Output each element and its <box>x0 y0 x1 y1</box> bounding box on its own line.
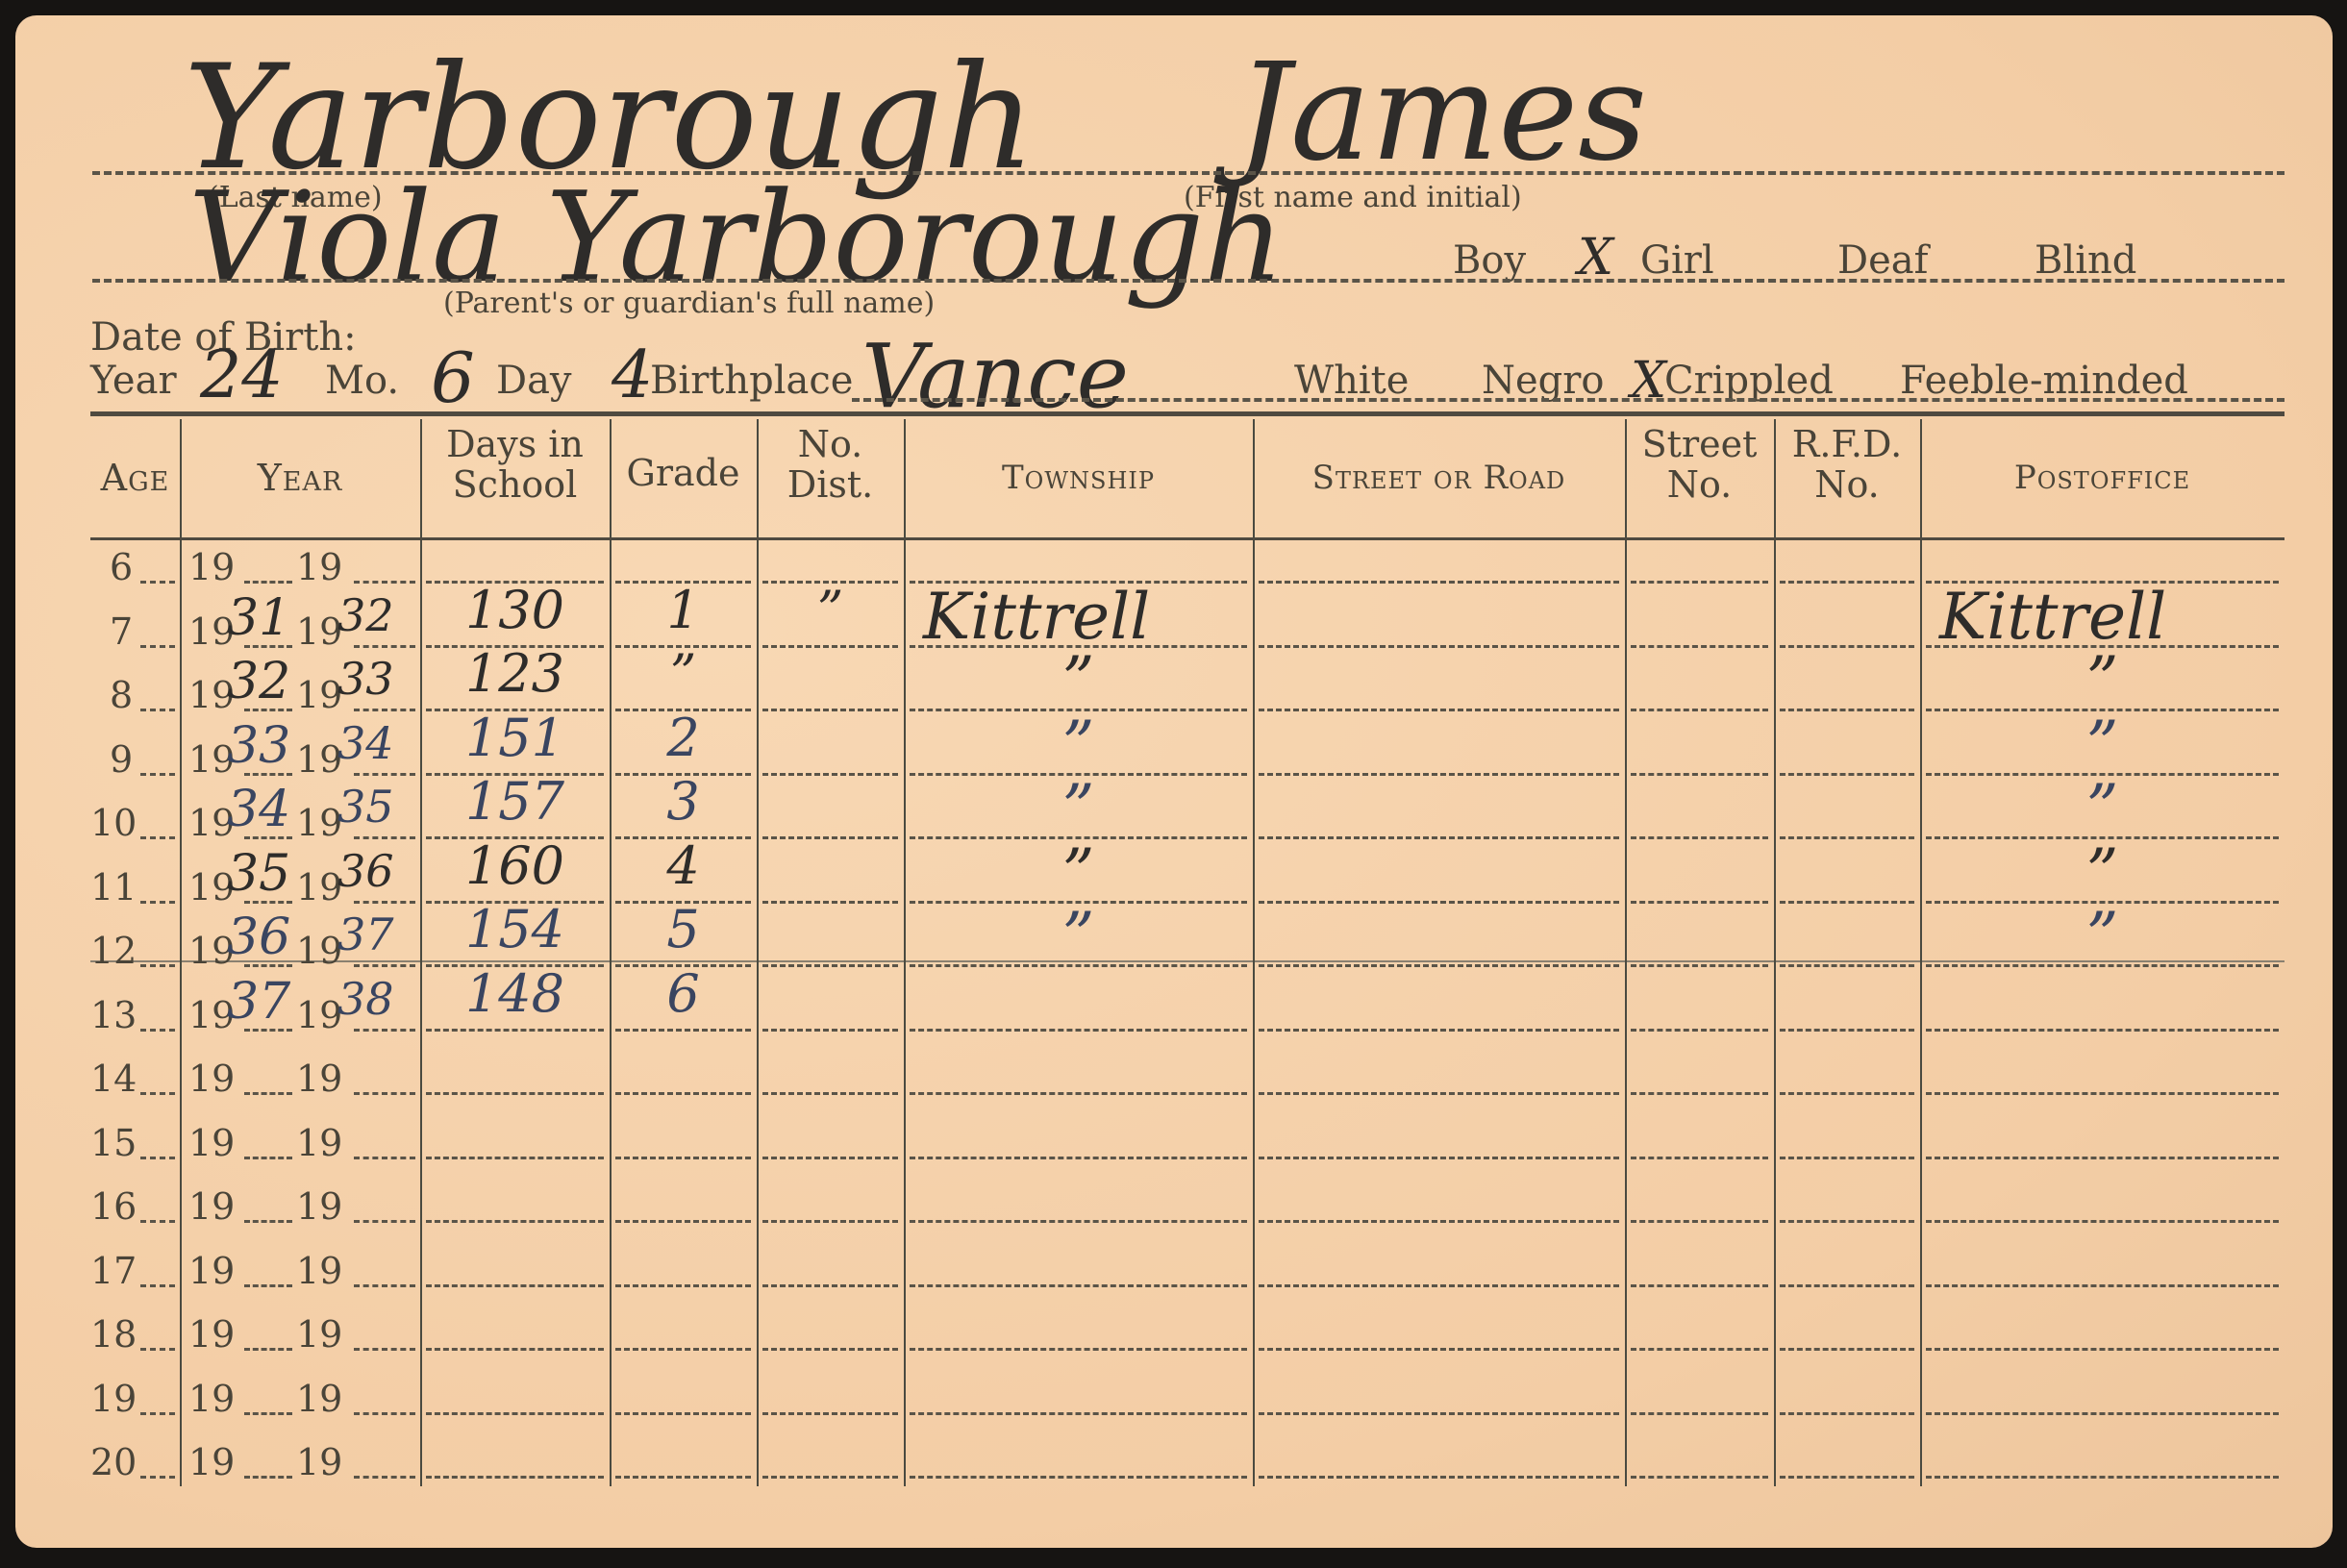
township-cell: Kittrell <box>904 580 1253 654</box>
age-cell: 14 <box>90 1058 137 1100</box>
blind-label: Blind <box>2035 238 2136 283</box>
row-dots <box>140 1348 175 1351</box>
year-end-prefix: 19 <box>296 738 342 781</box>
row-dots <box>762 773 898 776</box>
age-cell: 11 <box>90 866 137 908</box>
header-bottom-rule <box>90 537 2285 540</box>
row-dots <box>244 1476 292 1479</box>
grade-cell: 2 <box>610 708 757 768</box>
year-end-prefix: 19 <box>296 802 342 844</box>
row-dots <box>1631 773 1768 776</box>
year-end-prefix: 19 <box>296 674 342 716</box>
row-dots <box>1926 1157 2279 1159</box>
col-sep <box>1625 419 1627 1486</box>
row-dots <box>615 1029 751 1032</box>
boy-label: Boy <box>1453 238 1526 283</box>
grade-cell: 5 <box>610 899 757 959</box>
header-township: Township <box>904 458 1253 498</box>
row-dots <box>1631 1220 1768 1223</box>
row-dots <box>1780 581 1914 584</box>
row-dots <box>1259 964 1619 967</box>
row-dots <box>140 773 175 776</box>
row-dots <box>426 1348 604 1351</box>
row-dots <box>426 1029 604 1032</box>
row-dots <box>244 581 292 584</box>
row-dots <box>762 964 898 967</box>
row-dots <box>1780 1348 1914 1351</box>
row-dots <box>1259 1284 1619 1287</box>
dob-day-value: 4 <box>612 337 653 413</box>
row-dots <box>1259 773 1619 776</box>
year-start-handwritten: 31 <box>227 589 290 647</box>
header-dist-line2: Dist. <box>757 464 904 505</box>
row-dots <box>1631 1284 1768 1287</box>
year-end-handwritten: 33 <box>337 653 394 705</box>
row-dots <box>1780 964 1914 967</box>
row-dots <box>244 1284 292 1287</box>
row-dots <box>140 1029 175 1032</box>
year-end-handwritten: 38 <box>337 973 394 1025</box>
year-end-prefix: 19 <box>296 1058 342 1100</box>
row-dots <box>354 1092 415 1095</box>
row-dots <box>244 645 292 648</box>
row-dots <box>615 1348 751 1351</box>
age-cell: 10 <box>90 802 137 844</box>
row-dots <box>140 1220 175 1223</box>
year-end-prefix: 19 <box>296 1441 342 1483</box>
row-dots <box>1780 836 1914 839</box>
row-dots <box>1780 1092 1914 1095</box>
days-cell: 154 <box>420 899 610 959</box>
days-cell: 123 <box>420 643 610 704</box>
row-dots <box>762 1029 898 1032</box>
age-cell: 13 <box>90 994 137 1036</box>
dob-year-label: Year <box>90 359 177 403</box>
row-dots <box>1631 581 1768 584</box>
age-cell: 9 <box>110 738 133 781</box>
year-end-prefix: 19 <box>296 610 342 653</box>
row-dots <box>140 1476 175 1479</box>
row-dots <box>140 645 175 648</box>
days-cell: 157 <box>420 771 610 832</box>
white-label: White <box>1294 359 1409 403</box>
year-start-handwritten: 36 <box>227 908 290 966</box>
postoffice-cell: ” <box>1920 643 2285 717</box>
row-dots <box>615 1284 751 1287</box>
row-dots <box>354 1476 415 1479</box>
year-start-prefix: 19 <box>188 546 235 588</box>
row-dots <box>762 1476 898 1479</box>
row-dots <box>615 1412 751 1415</box>
year-end-handwritten: 35 <box>337 781 394 833</box>
year-start-prefix: 19 <box>188 1122 235 1164</box>
row-dots <box>140 581 175 584</box>
row-dots <box>426 1220 604 1223</box>
days-cell: 160 <box>420 835 610 896</box>
year-start-handwritten: 34 <box>227 781 290 838</box>
days-cell: 151 <box>420 708 610 768</box>
age-cell: 8 <box>110 674 133 716</box>
header-street-no-line1: Street <box>1625 424 1774 464</box>
row-dots <box>615 1476 751 1479</box>
row-dots <box>140 1092 175 1095</box>
header-age: Age <box>90 458 180 498</box>
age-cell: 12 <box>90 930 137 972</box>
year-start-prefix: 19 <box>188 1250 235 1292</box>
row-dots <box>140 836 175 839</box>
dob-dotted-line <box>852 398 2285 402</box>
row-dots <box>1926 1476 2279 1479</box>
school-census-card: Yarborough James (Last name) (First name… <box>15 15 2333 1548</box>
year-start-prefix: 19 <box>188 1378 235 1420</box>
row-dots <box>1259 836 1619 839</box>
row-dots <box>1926 1348 2279 1351</box>
row-dots <box>244 1412 292 1415</box>
age-cell: 6 <box>110 546 133 588</box>
boy-checkmark: X <box>1578 229 1613 286</box>
row-dots <box>244 1029 292 1032</box>
row-dots <box>244 709 292 711</box>
year-end-prefix: 19 <box>296 1185 342 1228</box>
year-start-prefix: 19 <box>188 1441 235 1483</box>
header-rfd-line2: No. <box>1774 464 1920 505</box>
row-dots <box>244 1348 292 1351</box>
year-start-prefix: 19 <box>188 1313 235 1356</box>
year-end-prefix: 19 <box>296 866 342 908</box>
parent-label: (Parent's or guardian's full name) <box>443 286 935 320</box>
header-street-road: Street or Road <box>1253 458 1625 498</box>
row-dots <box>354 581 415 584</box>
age-cell: 17 <box>90 1250 137 1292</box>
row-dots <box>1631 1476 1768 1479</box>
year-end-prefix: 19 <box>296 546 342 588</box>
year-end-prefix: 19 <box>296 1378 342 1420</box>
row-dots <box>1926 1284 2279 1287</box>
row-dots <box>1259 645 1619 648</box>
dob-year-value: 24 <box>200 337 284 413</box>
row-dots <box>1259 709 1619 711</box>
row-dots <box>1631 1348 1768 1351</box>
row-dots <box>140 709 175 711</box>
row-dots <box>1259 1092 1619 1095</box>
row-dots <box>910 1348 1247 1351</box>
row-dots <box>1780 1157 1914 1159</box>
year-end-handwritten: 37 <box>337 908 394 960</box>
row-dots <box>1631 1029 1768 1032</box>
row-dots <box>762 1157 898 1159</box>
township-cell: ” <box>904 708 1253 782</box>
township-cell: ” <box>904 771 1253 845</box>
age-cell: 16 <box>90 1185 137 1228</box>
row-dots <box>1780 773 1914 776</box>
age-cell: 15 <box>90 1122 137 1164</box>
postoffice-cell: Kittrell <box>1920 580 2285 654</box>
col-sep <box>1253 419 1255 1486</box>
year-start-handwritten: 37 <box>227 973 290 1031</box>
row-dots <box>244 773 292 776</box>
row-dots <box>354 645 415 648</box>
grade-cell: 6 <box>610 963 757 1024</box>
dob-month-label: Mo. <box>325 359 399 403</box>
row-dots <box>426 1092 604 1095</box>
col-sep <box>180 419 182 1486</box>
year-end-handwritten: 36 <box>337 845 394 897</box>
row-dots <box>1259 1412 1619 1415</box>
row-dots <box>1259 581 1619 584</box>
year-end-prefix: 19 <box>296 1250 342 1292</box>
row-dots <box>140 1284 175 1287</box>
year-start-handwritten: 35 <box>227 845 290 903</box>
row-dots <box>910 1092 1247 1095</box>
row-dots <box>244 1092 292 1095</box>
row-dots <box>615 1220 751 1223</box>
girl-label: Girl <box>1640 238 1714 283</box>
col-sep <box>1774 419 1776 1486</box>
row-dots <box>1780 645 1914 648</box>
row-dots <box>244 901 292 904</box>
year-start-handwritten: 32 <box>227 653 290 710</box>
row-dots <box>354 901 415 904</box>
year-start-prefix: 19 <box>188 1185 235 1228</box>
row-dots <box>140 901 175 904</box>
grade-cell: 4 <box>610 835 757 896</box>
row-dots <box>244 1157 292 1159</box>
row-dots <box>1631 836 1768 839</box>
crippled-label: Crippled <box>1664 359 1834 403</box>
postoffice-cell: ” <box>1920 708 2285 782</box>
row-dots <box>354 964 415 967</box>
year-start-handwritten: 33 <box>227 717 290 775</box>
age-cell: 20 <box>90 1441 137 1483</box>
header-grade: Grade <box>610 453 757 493</box>
township-cell: ” <box>904 835 1253 909</box>
header-postoffice: Postoffice <box>1920 458 2285 498</box>
row-dots <box>1780 1412 1914 1415</box>
township-cell: ” <box>904 899 1253 973</box>
row-dots <box>1631 1412 1768 1415</box>
row-dots <box>1631 1157 1768 1159</box>
row-dots <box>762 1092 898 1095</box>
row-dots <box>354 709 415 711</box>
row-dots <box>762 1348 898 1351</box>
row-dots <box>1780 1284 1914 1287</box>
age-cell: 19 <box>90 1378 137 1420</box>
row-dots <box>1780 1029 1914 1032</box>
row-dots <box>910 1412 1247 1415</box>
row-dots <box>426 1412 604 1415</box>
row-dots <box>140 964 175 967</box>
parent-dotted-line <box>92 279 2285 283</box>
row-dots <box>1926 1220 2279 1223</box>
age-cell: 7 <box>110 610 133 653</box>
row-dots <box>1780 709 1914 711</box>
row-dots <box>762 836 898 839</box>
row-dots <box>762 709 898 711</box>
row-dots <box>354 836 415 839</box>
postoffice-cell: ” <box>1920 899 2285 973</box>
row-dots <box>1259 901 1619 904</box>
row-dots <box>140 1157 175 1159</box>
row-dots <box>762 1284 898 1287</box>
row-dots <box>1780 1220 1914 1223</box>
header-rfd-line1: R.F.D. <box>1774 424 1920 464</box>
row-dots <box>244 1220 292 1223</box>
row-dots <box>354 1284 415 1287</box>
row-dots <box>762 901 898 904</box>
birthplace-label: Birthplace <box>650 359 853 403</box>
row-dots <box>244 836 292 839</box>
dist-cell: ” <box>757 580 904 640</box>
year-end-handwritten: 34 <box>337 717 394 769</box>
grade-cell: 1 <box>610 580 757 640</box>
row-dots <box>910 1029 1247 1032</box>
year-end-prefix: 19 <box>296 1122 342 1164</box>
table-top-rule <box>90 411 2285 416</box>
row-dots <box>354 773 415 776</box>
row-dots <box>354 1029 415 1032</box>
row-dots <box>910 1284 1247 1287</box>
row-dots <box>615 1092 751 1095</box>
row-dots <box>244 964 292 967</box>
row-dots <box>1259 1029 1619 1032</box>
dob-month-value: 6 <box>431 337 475 418</box>
row-dots <box>1631 964 1768 967</box>
year-end-handwritten: 32 <box>337 589 394 641</box>
row-dots <box>762 1412 898 1415</box>
row-dots <box>426 1157 604 1159</box>
header-year: Year <box>180 458 420 498</box>
grade-cell: ” <box>610 643 757 704</box>
row-dots <box>910 1220 1247 1223</box>
row-dots <box>1926 1412 2279 1415</box>
negro-label: Negro <box>1482 359 1604 403</box>
postoffice-cell: ” <box>1920 835 2285 909</box>
year-start-prefix: 19 <box>188 1058 235 1100</box>
row-dots <box>1259 1476 1619 1479</box>
row-dots <box>762 1220 898 1223</box>
days-cell: 130 <box>420 580 610 640</box>
row-dots <box>1259 1348 1619 1351</box>
postoffice-cell: ” <box>1920 771 2285 845</box>
header-street-no-line2: No. <box>1625 464 1774 505</box>
header-dist-line1: No. <box>757 424 904 464</box>
row-dots <box>1780 901 1914 904</box>
dob-day-label: Day <box>496 359 572 403</box>
row-dots <box>1259 1157 1619 1159</box>
days-cell: 148 <box>420 963 610 1024</box>
row-dots <box>1926 1092 2279 1095</box>
year-end-prefix: 19 <box>296 1313 342 1356</box>
row-dots <box>354 1157 415 1159</box>
row-dots <box>140 1412 175 1415</box>
deaf-label: Deaf <box>1837 238 1928 283</box>
row-dots <box>1631 1092 1768 1095</box>
row-dots <box>615 1157 751 1159</box>
township-cell: ” <box>904 643 1253 717</box>
row-dots <box>1631 709 1768 711</box>
row-dots <box>1780 1476 1914 1479</box>
row-dots <box>1631 901 1768 904</box>
row-dots <box>354 1220 415 1223</box>
row-dots <box>354 1348 415 1351</box>
row-dots <box>910 1157 1247 1159</box>
row-dots <box>1926 1029 2279 1032</box>
first-name-value: James <box>1236 35 1647 191</box>
row-dots <box>426 1284 604 1287</box>
grade-cell: 3 <box>610 771 757 832</box>
row-dots <box>1259 1220 1619 1223</box>
year-end-prefix: 19 <box>296 930 342 972</box>
row-dots <box>762 645 898 648</box>
header-days-line1: Days in <box>420 424 610 464</box>
row-dots <box>910 1476 1247 1479</box>
year-end-prefix: 19 <box>296 994 342 1036</box>
feeble-minded-label: Feeble-minded <box>1900 359 2188 403</box>
row-dots <box>354 1412 415 1415</box>
age-cell: 18 <box>90 1313 137 1356</box>
row-dots <box>1631 645 1768 648</box>
row-dots <box>426 1476 604 1479</box>
header-days-line2: School <box>420 464 610 505</box>
